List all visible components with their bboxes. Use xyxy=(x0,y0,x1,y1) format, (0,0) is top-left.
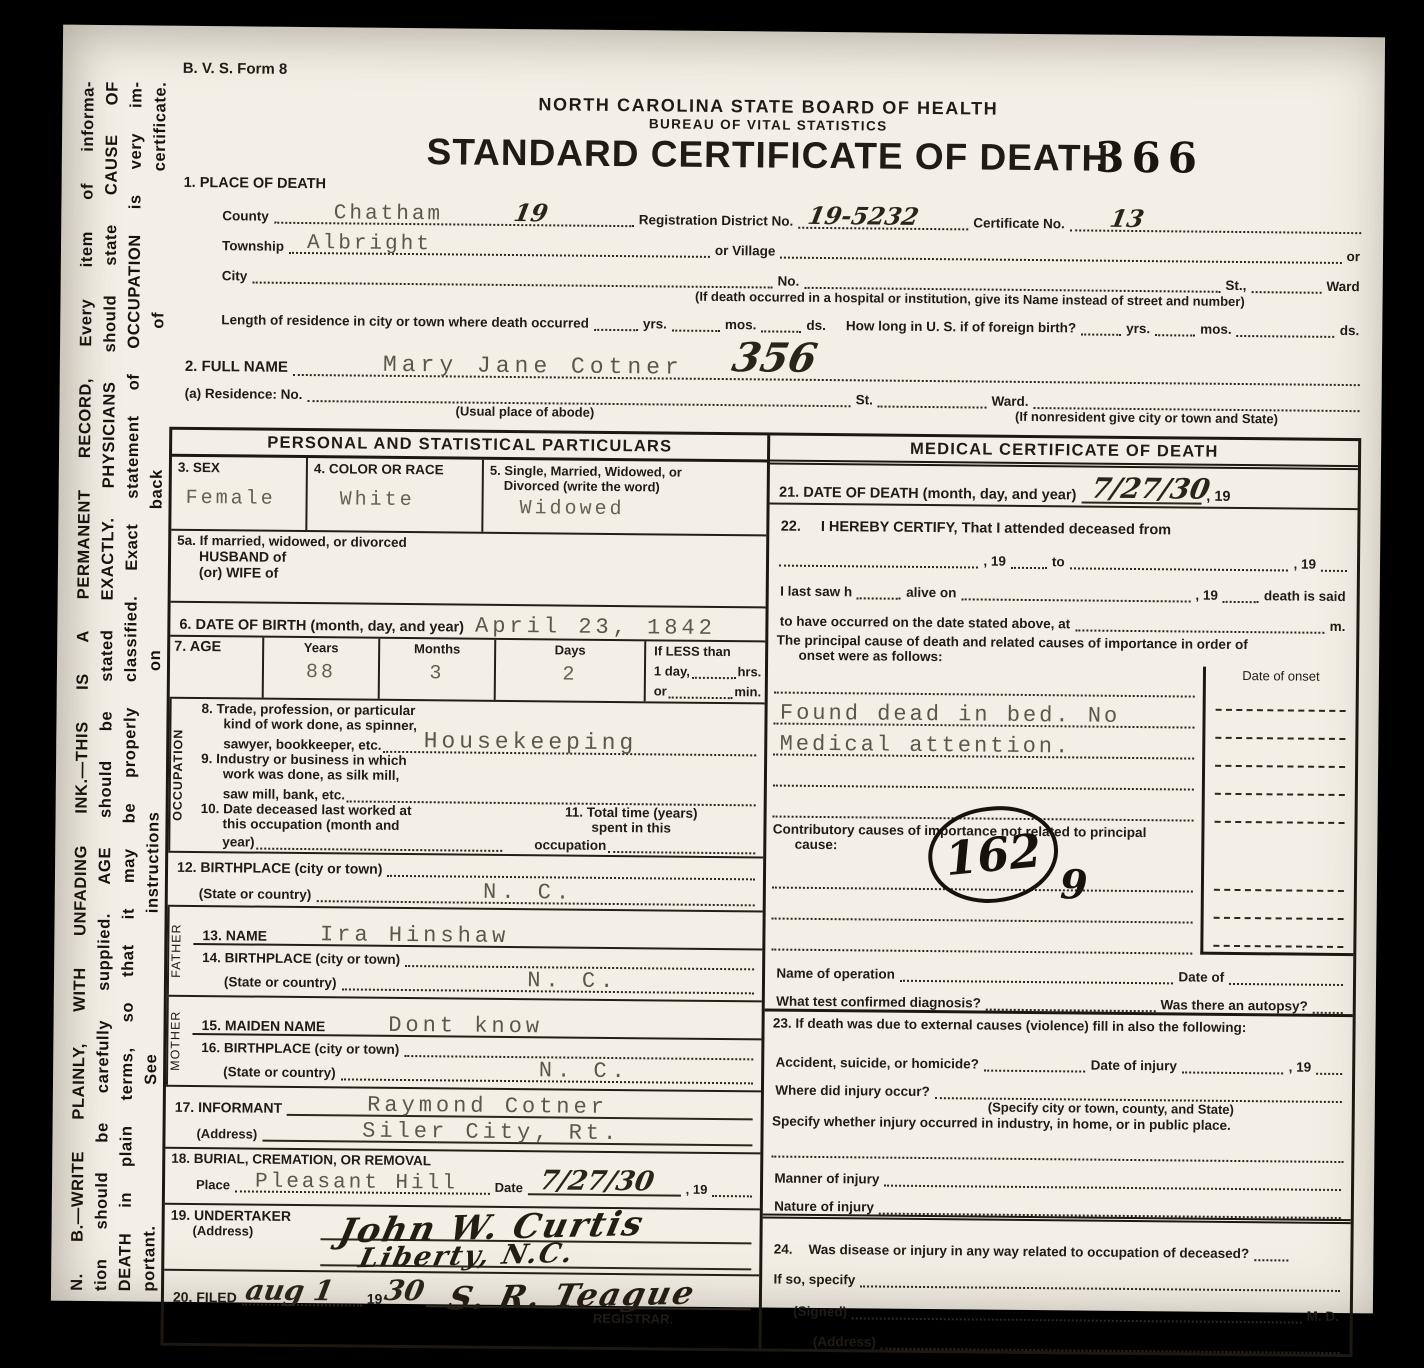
undertaker-address-row: Liberty, N.C. xyxy=(318,1240,754,1270)
onset-dash xyxy=(1215,711,1345,740)
filed-line: 20. FILED aug 1 19 30 S. R. Teague xyxy=(170,1273,754,1311)
cause-line-2: Medical attention. xyxy=(774,725,1195,760)
last-saw-label: I last saw h xyxy=(777,584,855,600)
autopsy-label: Was there an autopsy? xyxy=(1157,997,1310,1013)
injury-19-line xyxy=(1316,1054,1342,1075)
undertaker-row: 19. UNDERTAKER (Address) John W. Curtis … xyxy=(164,1205,760,1277)
burial-place-value: Pleasant Hill xyxy=(255,1171,458,1196)
operation-label: Name of operation xyxy=(773,966,898,982)
filed-row: 20. FILED aug 1 19 30 S. R. Teague REGIS… xyxy=(164,1271,760,1335)
attended-19a-line xyxy=(1011,548,1047,569)
cause-section: Found dead in bed. No Medical attention.… xyxy=(766,662,1356,956)
foreign-birth-label: How long in U. S. if of foreign birth? xyxy=(843,318,1079,335)
husband-line3: (or) WIFE of xyxy=(199,564,278,581)
last-worked-line3: year) xyxy=(222,834,254,849)
abode-note: (Usual place of abode) xyxy=(455,403,594,422)
filed-year-value: 30 xyxy=(382,1274,427,1307)
age-months-cell: Months 3 xyxy=(380,639,497,700)
burial-date-label: Date xyxy=(492,1180,526,1195)
principal-cause-row: The principal cause of death and related… xyxy=(768,628,1356,668)
total-time-line3-row: occupation xyxy=(534,834,758,854)
race-cell: 4. COLOR OR RACE White xyxy=(307,458,484,532)
q24-line xyxy=(1254,1240,1288,1261)
residence-st-label: St. xyxy=(853,392,876,407)
mos-label: mos. xyxy=(722,317,760,332)
industry-line xyxy=(347,781,756,806)
months-label: Months xyxy=(414,641,460,656)
date-of-onset-box: Date of onset xyxy=(1200,667,1356,956)
manner-row: Manner of injury xyxy=(763,1157,1351,1191)
manner-label: Manner of injury xyxy=(771,1171,882,1187)
death-said-label: death is said xyxy=(1261,588,1349,604)
undertaker-label: 19. UNDERTAKER xyxy=(171,1207,291,1224)
race-value: White xyxy=(339,488,475,512)
alive-on-label: alive on xyxy=(903,585,959,601)
attended-to-line xyxy=(1070,548,1289,571)
stamped-serial-number: 366 xyxy=(1095,133,1204,183)
or-label: or xyxy=(654,683,667,698)
to-label: to xyxy=(1049,554,1068,569)
mother-bp-label: 16. BIRTHPLACE (city or town) xyxy=(198,1040,402,1057)
test-label: What test confirmed diagnosis? xyxy=(773,994,984,1011)
father-side-label: FATHER xyxy=(167,907,194,995)
onset-dash xyxy=(1215,739,1345,768)
nature-line xyxy=(879,1194,1341,1219)
maiden-name-row: 15. MAIDEN NAME Dont know xyxy=(192,997,762,1040)
occupation-body: 8. Trade, profession, or particular kind… xyxy=(194,699,765,856)
mother-bp-state-label: (State or country) xyxy=(220,1064,339,1080)
principal-line2: onset were as follows: xyxy=(798,648,942,664)
burial-date-line: 7/27/30 xyxy=(528,1174,681,1196)
operation-row: Name of operation Date of xyxy=(765,950,1353,986)
date-of-death-label: 21. DATE OF DEATH (month, day, and year) xyxy=(776,485,1079,504)
occurred-line xyxy=(1075,610,1325,633)
ds-label: ds. xyxy=(803,318,829,333)
city-label: City xyxy=(219,268,251,283)
marital-value: Widowed xyxy=(519,497,761,522)
occupation-side-label: OCCUPATION xyxy=(168,699,195,851)
age-row: 7. AGE Years 88 Months 3 Days 2 xyxy=(170,637,766,705)
certificate-no-value: 13 xyxy=(1107,204,1146,233)
dob-row: 6. DATE OF BIRTH (month, day, and year) … xyxy=(170,603,766,643)
injury-date-line xyxy=(1182,1052,1284,1074)
residence-length-label: Length of residence in city or town wher… xyxy=(218,312,592,331)
full-name-label: 2. FULL NAME xyxy=(182,358,291,376)
filed-date-line: aug 1 xyxy=(242,1284,362,1306)
fb-yrs-label: yrs. xyxy=(1123,321,1153,336)
sex-label: 3. SEX xyxy=(178,460,220,475)
operation-line xyxy=(900,961,1174,985)
informant-row: 17. INFORMANT Raymond Cotner (Address) S… xyxy=(165,1087,761,1155)
dob-label: 6. DATE OF BIRTH (month, day, and year) xyxy=(176,617,467,636)
informant-label: 17. INFORMANT xyxy=(172,1099,285,1116)
burial-date-value: 7/27/30 xyxy=(537,1165,656,1197)
birthplace-value: N. C. xyxy=(483,880,574,906)
birthplace-city-line xyxy=(387,856,755,881)
city-line xyxy=(252,263,772,289)
undertaker-address-label: (Address) xyxy=(193,1223,254,1239)
last-worked-cell: 10. Date deceased last worked at this oc… xyxy=(200,801,504,852)
father-name-label: 13. NAME xyxy=(199,927,270,944)
last-worked-line xyxy=(257,829,503,852)
fb-mos-label: mos. xyxy=(1197,322,1235,337)
father-birthplace-row: 14. BIRTHPLACE (city or town) (State or … xyxy=(193,945,763,1000)
manner-line xyxy=(884,1166,1341,1191)
min-label: min. xyxy=(734,684,761,699)
certificate-page: N. B.—WRITE PLAINLY, WITH UNFADING INK.—… xyxy=(51,25,1385,1314)
or-label: or xyxy=(1343,249,1363,264)
age-days-cell: Days 2 xyxy=(496,640,647,701)
sex-race-marital-row: 3. SEX Female 4. COLOR OR RACE White 5. … xyxy=(171,457,767,537)
date-of-onset-label: Date of onset xyxy=(1216,668,1346,684)
nature-row: Nature of injury xyxy=(763,1185,1351,1224)
dob-value: April 23, 1842 xyxy=(475,614,716,641)
form-body: B. V. S. Form 8 366 NORTH CAROLINA STATE… xyxy=(160,52,1364,1357)
birthplace-label: 12. BIRTHPLACE (city or town) xyxy=(174,859,386,877)
ward-label: Ward xyxy=(1323,279,1362,294)
q24-number: 24. xyxy=(771,1242,796,1257)
cause-line-blank2 xyxy=(773,756,1194,791)
where-injury-label: Where did injury occur? xyxy=(772,1083,933,1100)
ifso-row: If so, specify xyxy=(762,1256,1350,1292)
full-name-value: Mary Jane Cotner xyxy=(383,352,684,381)
medical-column: MEDICAL CERTIFICATE OF DEATH 21. DATE OF… xyxy=(762,435,1358,1354)
less-line2-row: 1 day, hrs. xyxy=(654,658,762,679)
burial-line: Place Pleasant Hill Date 7/27/30 , 19 xyxy=(171,1166,755,1198)
undertaker-address-line: Liberty, N.C. xyxy=(320,1245,752,1270)
dob-line: April 23, 1842 xyxy=(467,612,760,639)
father-bp-state-label: (State or country) xyxy=(221,974,340,990)
last-saw-19-line xyxy=(1223,582,1259,603)
total-time-line xyxy=(608,832,756,854)
certificate-no-line: 13 xyxy=(1070,210,1362,234)
registration-district-label: Registration District No. xyxy=(636,212,797,229)
where-injury-line xyxy=(935,1078,1342,1103)
where-injury-row: Where did injury occur? xyxy=(764,1069,1352,1103)
hrs-line xyxy=(692,658,736,679)
burial-place-label: Place xyxy=(193,1177,233,1192)
accident-label: Accident, suicide, or homicide? xyxy=(773,1055,982,1072)
accident-line xyxy=(984,1051,1086,1073)
informant-value: Raymond Cotner xyxy=(367,1093,608,1120)
burial-year-label: , 19 xyxy=(683,1182,711,1197)
handwritten-mark: 9 xyxy=(1060,861,1088,908)
father-block: FATHER 13. NAME Ira Hinshaw 14. BIRTHPLA… xyxy=(167,907,763,1003)
registration-district-line: 19-5232 xyxy=(798,208,968,231)
husband-wife-row: 5a. If married, widowed, or divorced HUS… xyxy=(171,531,767,609)
columns: PERSONAL AND STATISTICAL PARTICULARS 3. … xyxy=(160,427,1361,1357)
sex-cell: 3. SEX Female xyxy=(171,457,308,530)
attended-19b-line xyxy=(1321,551,1347,572)
informant-line1: 17. INFORMANT Raymond Cotner xyxy=(172,1089,756,1121)
less-line3-row: or min. xyxy=(654,678,762,699)
age-label-cell: 7. AGE xyxy=(170,637,265,698)
signed-label: (Signed) xyxy=(790,1304,850,1320)
contributory-line-blank3 xyxy=(772,920,1193,955)
father-bp-state-line: N. C. xyxy=(341,969,754,994)
days-value: 2 xyxy=(500,663,640,687)
full-name-handwritten-number: 356 xyxy=(729,334,821,382)
autopsy-line xyxy=(1313,993,1343,1014)
onset-dash xyxy=(1214,863,1344,892)
husband-line2: HUSBAND of xyxy=(199,548,286,565)
test-line xyxy=(986,990,1156,1013)
min-line xyxy=(669,678,733,700)
registrar-signature: S. R. Teague xyxy=(445,1274,700,1318)
trade-line3: sawyer, bookkeeper, etc. xyxy=(223,736,381,753)
last-worked-line3-row: year) xyxy=(200,831,504,852)
form-number: B. V. S. Form 8 xyxy=(173,52,1365,88)
residence-ward-line xyxy=(1034,388,1360,412)
last-saw-h-line xyxy=(857,578,901,599)
occupation-block: OCCUPATION 8. Trade, profession, or part… xyxy=(168,699,765,859)
alive-on-line xyxy=(961,579,1190,602)
cause-line-blank xyxy=(774,663,1195,698)
fb-mos-line xyxy=(1155,315,1195,336)
m-label: m. xyxy=(1327,619,1349,634)
date-of-death-line: 7/27/30 xyxy=(1081,482,1201,504)
years-label: Years xyxy=(304,640,339,655)
operation-date-label: Date of xyxy=(1175,969,1227,984)
onset-dash xyxy=(1213,919,1343,948)
date-of-death-row: 21. DATE OF DEATH (month, day, and year)… xyxy=(770,464,1358,510)
personal-column: PERSONAL AND STATISTICAL PARTICULARS 3. … xyxy=(164,430,771,1349)
marital-cell: 5. Single, Married, Widowed, or Divorced… xyxy=(483,460,767,535)
total-time-line3: occupation xyxy=(534,837,606,853)
maiden-name-label: 15. MAIDEN NAME xyxy=(198,1017,328,1034)
undertaker-address-value: Liberty, N.C. xyxy=(356,1238,577,1274)
attended-from-line xyxy=(779,546,978,569)
onset-dash xyxy=(1215,795,1345,824)
undertaker-signature-cell: John W. Curtis Liberty, N.C. xyxy=(318,1208,754,1272)
years-value: 88 xyxy=(268,661,374,685)
last-worked-total-row: 10. Date deceased last worked at this oc… xyxy=(200,801,758,854)
informant-address-label: (Address) xyxy=(193,1126,260,1142)
father-bp-city-line xyxy=(405,946,755,970)
informant-address-line: Siler City, Rt. xyxy=(262,1121,753,1147)
fb-ds-line xyxy=(1237,316,1335,338)
ifso-label: If so, specify xyxy=(770,1272,858,1288)
md-address-label: (Address) xyxy=(810,1334,879,1350)
mother-bp-city-line xyxy=(404,1036,754,1060)
father-bp-label: 14. BIRTHPLACE (city or town) xyxy=(199,950,403,967)
trade-line2: kind of work done, as spinner, xyxy=(223,716,417,733)
filed-date-value: aug 1 xyxy=(243,1274,336,1308)
birthplace-state-line: N. C. xyxy=(316,881,755,906)
onset-dash xyxy=(1215,767,1345,796)
specify-label: Specify whether injury occurred in indus… xyxy=(772,1114,1231,1133)
certify-text: I HEREBY CERTIFY, That I attended deceas… xyxy=(818,519,1174,538)
months-value: 3 xyxy=(384,662,490,686)
maiden-name-line: Dont know xyxy=(328,1010,756,1038)
burial-place-line: Pleasant Hill xyxy=(235,1171,490,1194)
township-label: Township xyxy=(219,238,287,254)
father-body: 13. NAME Ira Hinshaw 14. BIRTHPLACE (cit… xyxy=(193,907,763,1000)
county-value: Chatham xyxy=(334,202,443,226)
yrs-line xyxy=(594,310,638,331)
less-than-cell: If LESS than 1 day, hrs. or min. xyxy=(646,641,766,702)
sex-value: Female xyxy=(186,487,300,511)
mother-block: MOTHER 15. MAIDEN NAME Dont know 16. BIR… xyxy=(166,997,762,1093)
st-label: St., xyxy=(1222,278,1249,293)
burial-row: 18. BURIAL, CREMATION, OR REMOVAL Place … xyxy=(165,1149,761,1211)
industry-line3: saw mill, bank, etc. xyxy=(223,786,345,802)
county-line: Chatham 19 xyxy=(274,203,634,227)
mother-side-label: MOTHER xyxy=(166,997,193,1085)
father-name-value: Ira Hinshaw xyxy=(320,922,509,949)
undertaker-label-cell: 19. UNDERTAKER (Address) xyxy=(170,1207,319,1268)
nonresident-note: (If nonresident give city or town and St… xyxy=(1015,409,1278,430)
fb-yrs-line xyxy=(1081,314,1121,335)
last-saw-row: I last saw h alive on , 19 death is said xyxy=(769,566,1357,604)
informant-line: Raymond Cotner xyxy=(287,1095,753,1120)
industry-line2: work was done, as silk mill, xyxy=(223,766,399,783)
days-label: Days xyxy=(555,642,586,657)
informant-address-value: Siler City, Rt. xyxy=(362,1119,620,1146)
county-number: 19 xyxy=(511,198,550,227)
father-name-row: 13. NAME Ira Hinshaw xyxy=(193,907,763,950)
registration-district-value: 19-5232 xyxy=(806,201,922,231)
date-of-death-value: 7/27/30 xyxy=(1088,472,1212,506)
signed-line xyxy=(852,1298,1302,1323)
mother-birthplace-row: 16. BIRTHPLACE (city or town) (State or … xyxy=(192,1035,762,1090)
yrs-label: yrs. xyxy=(640,316,670,331)
father-bp-value: N. C. xyxy=(527,968,618,994)
township-value: Albright xyxy=(307,232,432,256)
street-no-label: No. xyxy=(774,274,802,289)
certificate-no-label: Certificate No. xyxy=(970,215,1068,231)
registrar-signature-line: S. R. Teague xyxy=(426,1286,751,1310)
residence-ward-label: Ward. xyxy=(989,394,1032,409)
external-label: 23. If death was due to external causes … xyxy=(773,1016,1246,1036)
state-country-label: (State or country) xyxy=(196,886,315,902)
total-time-cell: 11. Total time (years) spent in this occ… xyxy=(504,804,758,854)
accident-row: Accident, suicide, or homicide? Date of … xyxy=(765,1039,1353,1075)
mother-bp-state-line: N. C. xyxy=(341,1059,754,1084)
or-village-label: or Village xyxy=(712,243,779,259)
onset-dash xyxy=(1216,683,1346,712)
mother-body: 15. MAIDEN NAME Dont know 16. BIRTHPLACE… xyxy=(192,997,762,1090)
nature-label: Nature of injury xyxy=(771,1199,877,1215)
onset-dash xyxy=(1214,891,1344,920)
md-address-row: (Address) xyxy=(762,1318,1350,1354)
md-address-line xyxy=(881,1329,1340,1354)
occurred-row: to have occurred on the date stated abov… xyxy=(769,598,1357,634)
ds-line xyxy=(761,311,801,332)
age-label: 7. AGE xyxy=(174,639,221,655)
burial-year-line xyxy=(712,1176,752,1197)
specify-note: (Specify city or town, county, and State… xyxy=(988,1100,1234,1117)
occurred-label: to have occurred on the date stated abov… xyxy=(777,614,1073,632)
cause-line-1: Found dead in bed. No xyxy=(774,694,1195,729)
attended-19a: , 19 xyxy=(980,554,1009,569)
fb-ds-label: ds. xyxy=(1337,323,1363,338)
less-line2: 1 day, xyxy=(654,663,690,678)
total-time-line1: 11. Total time (years) xyxy=(565,805,698,821)
attended-19b: , 19 xyxy=(1290,556,1319,571)
marital-label2: Divorced (write the word) xyxy=(504,478,660,494)
age-years-cell: Years 88 xyxy=(264,638,381,699)
md-label: M. D. xyxy=(1303,1309,1341,1324)
injury-date-label: Date of injury xyxy=(1088,1058,1180,1074)
operation-date-line xyxy=(1229,964,1343,986)
father-name-line: Ira Hinshaw xyxy=(270,920,757,949)
cause-lines: Found dead in bed. No Medical attention.… xyxy=(772,663,1195,955)
trade-value: Housekeeping xyxy=(424,728,638,756)
race-label: 4. COLOR OR RACE xyxy=(314,461,444,477)
less-line1: If LESS than xyxy=(654,643,731,659)
burial-label: 18. BURIAL, CREMATION, OR REMOVAL xyxy=(171,1151,431,1168)
filed-label: 20. FILED xyxy=(170,1289,240,1306)
residence-st-line xyxy=(878,387,987,409)
st-line xyxy=(1251,272,1321,294)
onset-gap xyxy=(1214,823,1344,864)
township-line: Albright xyxy=(289,233,710,258)
hrs-label: hrs. xyxy=(737,664,761,679)
birthplace-row: 12. BIRTHPLACE (city or town) (State or … xyxy=(168,853,764,913)
street-no-line xyxy=(804,268,1220,293)
certify-number: 22. xyxy=(778,519,804,535)
residence-label: (a) Residence: No. xyxy=(182,386,306,402)
injury-19: , 19 xyxy=(1286,1059,1315,1074)
mother-bp-value: N. C. xyxy=(539,1058,630,1084)
contributory-line2: cause: xyxy=(795,837,838,852)
certify-row: 22. I HEREBY CERTIFY, That I attended de… xyxy=(770,504,1358,540)
county-label: County xyxy=(219,208,272,224)
trade-line: Housekeeping xyxy=(384,732,757,757)
q24-row: 24. Was disease or injury in any way rel… xyxy=(763,1218,1351,1262)
mos-line xyxy=(672,311,720,332)
last-saw-19: , 19 xyxy=(1192,588,1221,603)
margin-instructions: N. B.—WRITE PLAINLY, WITH UNFADING INK.—… xyxy=(65,81,173,1292)
attended-dates-row: , 19 to , 19 xyxy=(769,534,1357,572)
